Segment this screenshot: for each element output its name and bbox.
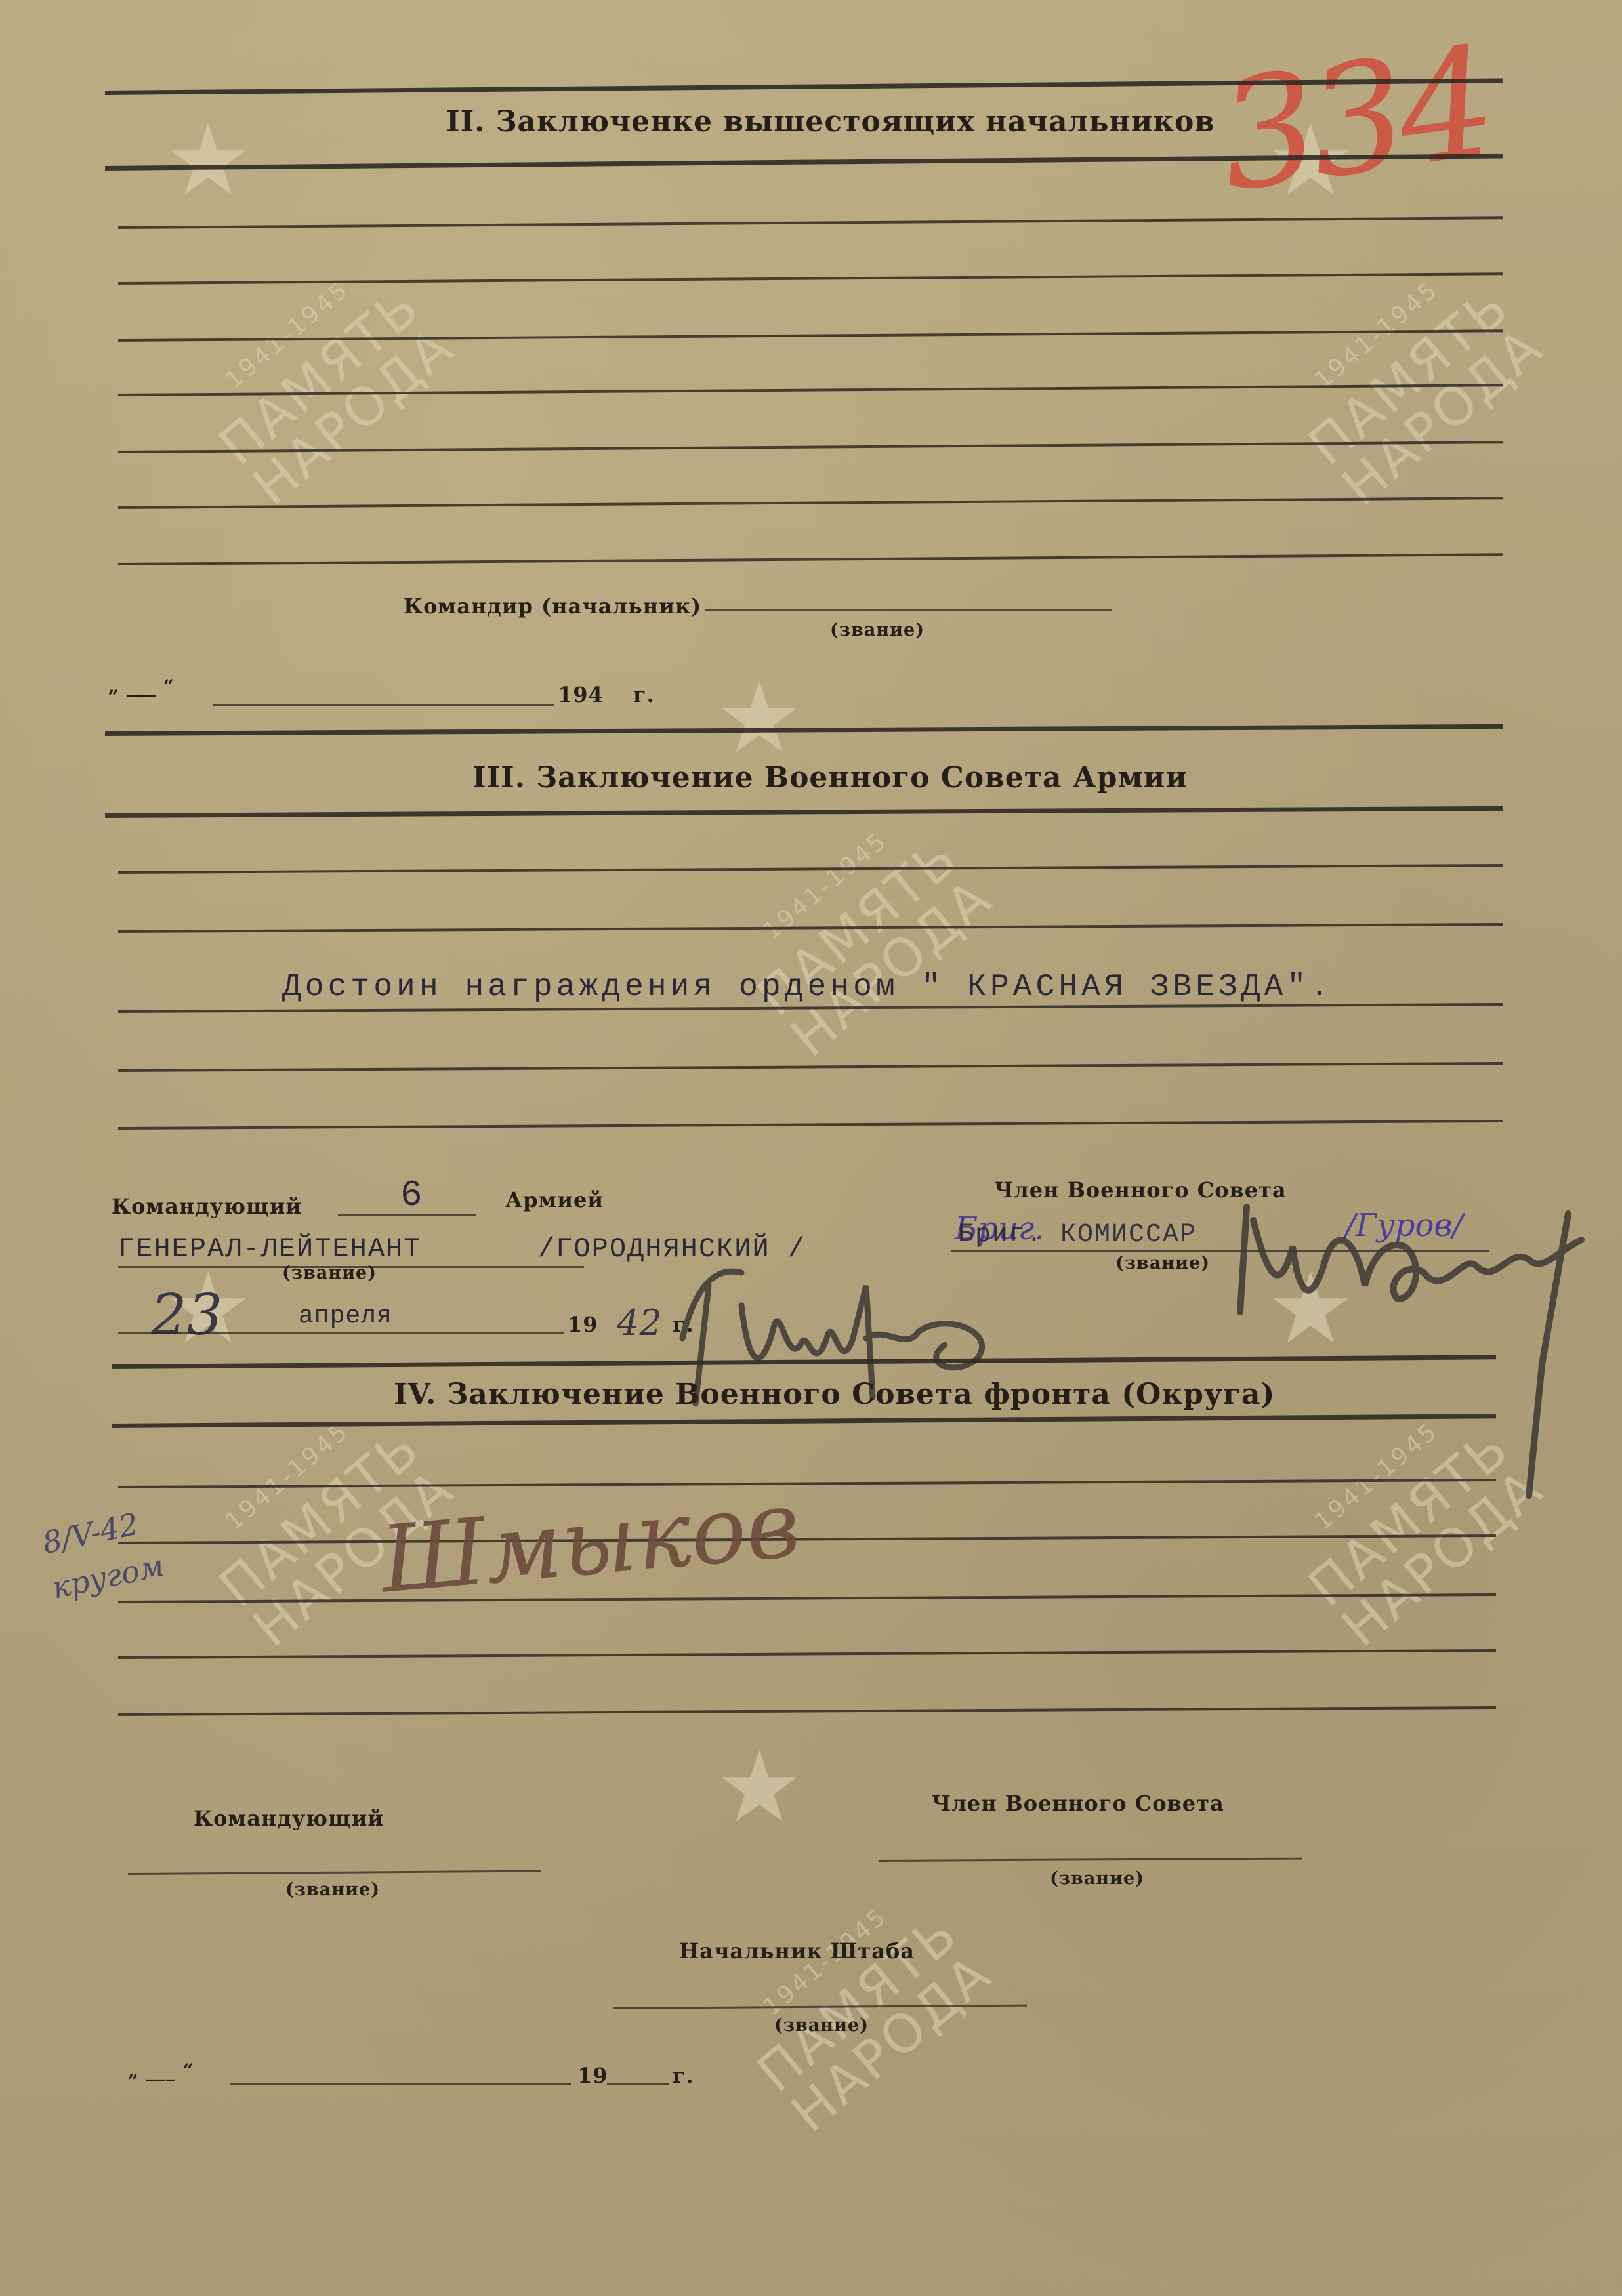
rank-caption: (звание) xyxy=(282,1263,377,1283)
date-line xyxy=(230,2083,571,2085)
section-2-commander-label: Командир (начальник) xyxy=(404,594,701,619)
rank-caption: (звание) xyxy=(1050,1868,1144,1889)
rank-caption: (звание) xyxy=(774,2015,869,2036)
watermark-star-icon: ★ xyxy=(164,112,252,210)
date-year: 42 xyxy=(617,1302,662,1343)
date-month: апреля xyxy=(299,1302,392,1330)
date-prefix: „ ___ “ xyxy=(128,2060,194,2081)
army-number: 6 xyxy=(400,1174,425,1216)
date-year-prefix: 19 xyxy=(568,1312,598,1337)
army-commander-rank: ГЕНЕРАЛ-ЛЕЙТЕНАНТ xyxy=(118,1233,421,1265)
date-line xyxy=(213,704,554,706)
section-2-title: II. Заключенке вышестоящих начальников xyxy=(446,105,1215,138)
archive-number: 334 xyxy=(1209,15,1499,226)
council-member-signature xyxy=(1227,1168,1608,1509)
front-council-member-label: Член Военного Совета xyxy=(932,1791,1224,1816)
section-3-title: III. Заключение Военного Совета Армии xyxy=(472,761,1188,794)
section-4-title: IV. Заключение Военного Совета фронта (О… xyxy=(394,1378,1275,1411)
date-year: 194 xyxy=(558,682,604,707)
signature-line xyxy=(705,609,1112,611)
date-year-line xyxy=(607,2083,669,2085)
date-line xyxy=(118,1332,564,1334)
army-label: Армией xyxy=(505,1187,604,1212)
date-year: 19 xyxy=(577,2063,608,2088)
date-prefix: „ ___ “ xyxy=(108,676,175,697)
date-suffix: г. xyxy=(673,2063,694,2088)
watermark-star-icon: ★ xyxy=(715,1738,803,1837)
chief-of-staff-label: Начальник Штаба xyxy=(679,1938,915,1963)
watermark-star-icon: ★ xyxy=(715,669,803,768)
council-member-rank: Бриг. КОМИССАР xyxy=(958,1220,1197,1250)
army-council-conclusion: Достоин награждения орденом " КРАСНАЯ ЗВ… xyxy=(282,970,1333,1005)
front-commander-label: Командующий xyxy=(194,1806,384,1831)
rank-caption: (звание) xyxy=(830,620,925,640)
date-day: 23 xyxy=(151,1282,222,1348)
rank-caption: (звание) xyxy=(285,1879,380,1900)
date-suffix: г. xyxy=(633,682,655,707)
army-commander-label: Командующий xyxy=(112,1194,302,1219)
